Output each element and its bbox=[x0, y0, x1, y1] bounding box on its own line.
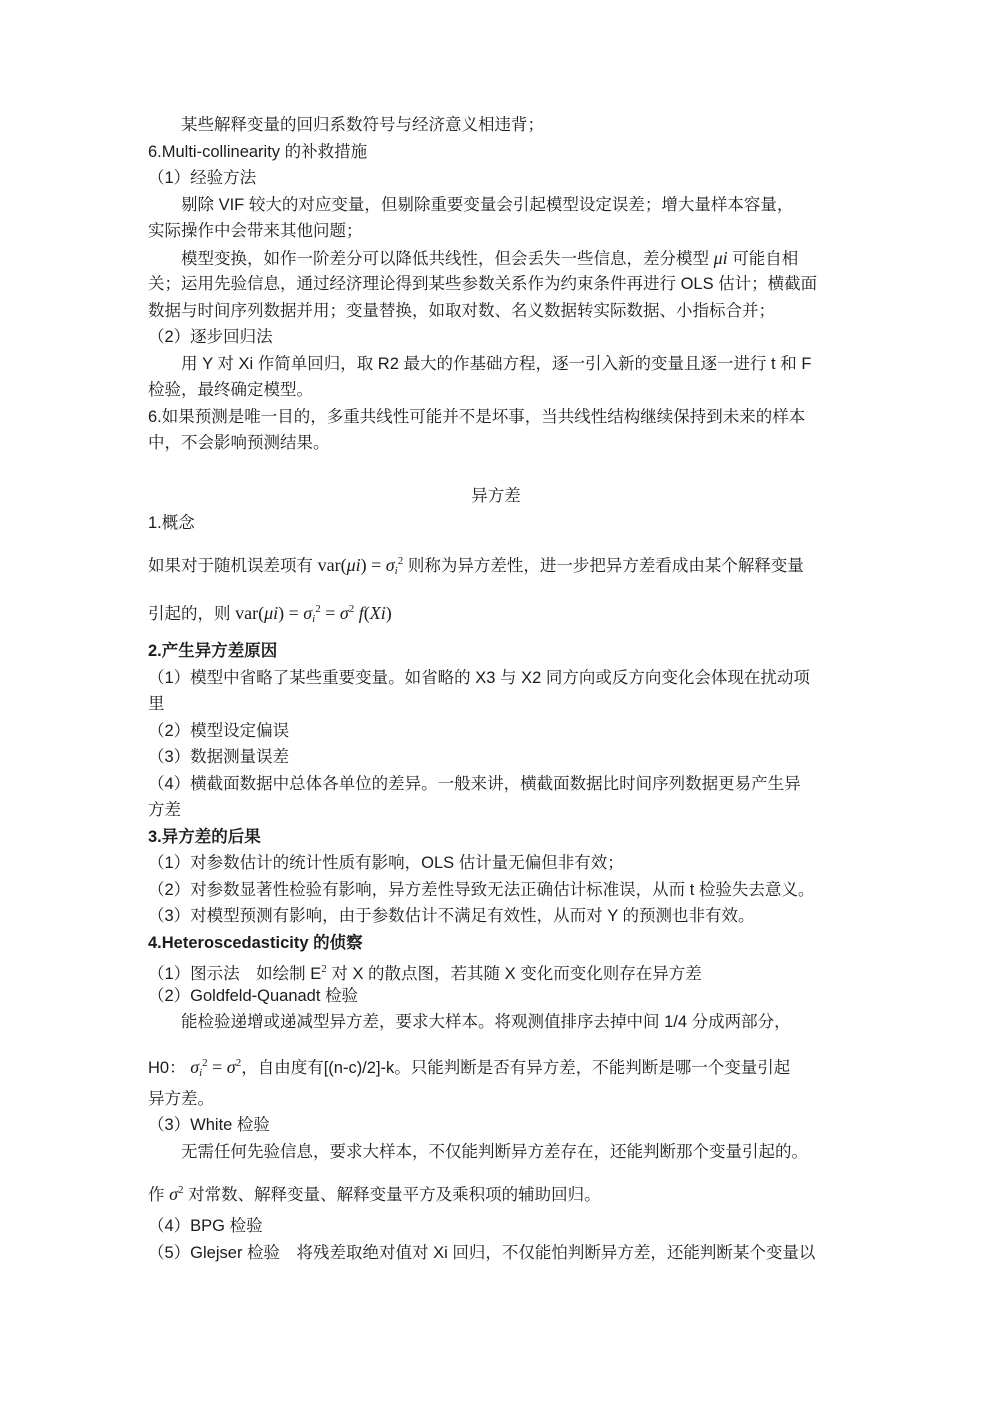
text-line: 4.Heteroscedasticity 的侦察 bbox=[148, 930, 852, 957]
formula-run: σ bbox=[303, 603, 312, 623]
formula-run: ) = bbox=[278, 603, 303, 623]
text-line: 1.概念 bbox=[148, 510, 852, 537]
text-line: 异方差 bbox=[148, 483, 852, 510]
text-line: H0： σi2 = σ2，自由度有[(n-c)/2]-k。只能判断是否有异方差，… bbox=[148, 1046, 852, 1080]
formula-run: = bbox=[321, 603, 340, 623]
text-line: （3）White 检验 bbox=[148, 1112, 852, 1139]
text-run: 6.Multi-collinearity 的补救措施 bbox=[148, 143, 367, 161]
formula-run: σ bbox=[190, 1057, 199, 1077]
formula-run: σ bbox=[169, 1184, 178, 1204]
text-run: 4.Heteroscedasticity 的侦察 bbox=[148, 934, 363, 952]
formula-run: σ bbox=[227, 1057, 236, 1077]
text-line: 剔除 VIF 较大的对应变量，但剔除重要变量会引起模型设定误差；增大量样本容量， bbox=[148, 192, 852, 219]
text-line: （3）对模型预测有影响，由于参数估计不满足有效性，从而对 Y 的预测也非有效。 bbox=[148, 903, 852, 930]
text-run: 对 X 的散点图，若其随 X 变化而变化则存在异方差 bbox=[327, 965, 702, 983]
text-line: 数据与时间序列数据并用；变量替换，如取对数、名义数据转实际数据、小指标合并； bbox=[148, 298, 852, 325]
text-line: 能检验递增或递减型异方差，要求大样本。将观测值排序去掉中间 1/4 分成两部分， bbox=[148, 1009, 852, 1036]
text-run: 3.异方差的后果 bbox=[148, 828, 261, 846]
text-run: 模型变换，如作一阶差分可以降低共线性，但会丢失一些信息，差分模型 bbox=[181, 250, 714, 268]
text-line: （1）经验方法 bbox=[148, 165, 852, 192]
text-run: （5）Glejser 检验 将残差取绝对值对 Xi 回归，不仅能怕判断异方差，还… bbox=[148, 1244, 815, 1262]
text-run: 无需任何先验信息，要求大样本，不仅能判断异方差存在，还能判断那个变量引起的。 bbox=[181, 1143, 808, 1161]
text-run: （2）Goldfeld-Quanadt 检验 bbox=[148, 987, 358, 1005]
text-run: 引起的，则 bbox=[148, 605, 235, 623]
text-line: （2）对参数显著性检验有影响，异方差性导致无法正确估计标准误，从而 t 检验失去… bbox=[148, 877, 852, 904]
formula-run: = bbox=[367, 555, 386, 575]
text-run: 如果对于随机误差项有 bbox=[148, 557, 318, 575]
text-run: （2）模型设定偏误 bbox=[148, 722, 289, 740]
text-run: （2）逐步回归法 bbox=[148, 328, 273, 346]
text-line: 无需任何先验信息，要求大样本，不仅能判断异方差存在，还能判断那个变量引起的。 bbox=[148, 1139, 852, 1166]
text-line: （1）模型中省略了某些重要变量。如省略的 X3 与 X2 同方向或反方向变化会体… bbox=[148, 665, 852, 692]
text-line: 引起的，则 var(μi) = σi2 = σ2 f(Xi) bbox=[148, 592, 852, 626]
text-run: 对常数、解释变量、解释变量平方及乘积项的辅助回归。 bbox=[183, 1186, 600, 1204]
document-page: 某些解释变量的回归系数符号与经济意义相违背；6.Multi-collineari… bbox=[0, 0, 992, 1403]
formula-run: σ bbox=[386, 555, 395, 575]
text-line: 某些解释变量的回归系数符号与经济意义相违背； bbox=[148, 112, 852, 139]
text-line: （2）模型设定偏误 bbox=[148, 718, 852, 745]
text-line: 关；运用先验信息，通过经济理论得到某些参数关系作为约束条件再进行 OLS 估计；… bbox=[148, 271, 852, 298]
blank-line bbox=[148, 457, 852, 484]
text-line: 模型变换，如作一阶差分可以降低共线性，但会丢失一些信息，差分模型 μi 可能自相 bbox=[148, 245, 852, 272]
text-run: 2.产生异方差原因 bbox=[148, 642, 277, 660]
document-body: 某些解释变量的回归系数符号与经济意义相违背；6.Multi-collineari… bbox=[0, 0, 992, 1266]
text-line: （2）逐步回归法 bbox=[148, 324, 852, 351]
text-line: 6.如果预测是唯一目的，多重共线性可能并不是坏事，当共线性结构继续保持到未来的样… bbox=[148, 404, 852, 431]
text-line: （4）BPG 检验 bbox=[148, 1213, 852, 1240]
text-run: 数据与时间序列数据并用；变量替换，如取对数、名义数据转实际数据、小指标合并； bbox=[148, 302, 775, 320]
text-run: 则称为异方差性，进一步把异方差看成由某个解释变量 bbox=[403, 557, 804, 575]
text-run: 实际操作中会带来其他问题； bbox=[148, 222, 363, 240]
formula-run: f bbox=[354, 603, 364, 623]
text-line: （3）数据测量误差 bbox=[148, 744, 852, 771]
text-line: （1）图示法 如绘制 E2 对 X 的散点图，若其随 X 变化而变化则存在异方差 bbox=[148, 956, 852, 983]
text-run: 关；运用先验信息，通过经济理论得到某些参数关系作为约束条件再进行 OLS 估计；… bbox=[148, 275, 817, 293]
text-run: （3）White 检验 bbox=[148, 1116, 270, 1134]
text-run: 作 bbox=[148, 1186, 169, 1204]
text-run: 6.如果预测是唯一目的，多重共线性可能并不是坏事，当共线性结构继续保持到未来的样… bbox=[148, 408, 805, 426]
text-run: 某些解释变量的回归系数符号与经济意义相违背； bbox=[181, 116, 544, 134]
formula-run: Xi bbox=[370, 603, 386, 623]
text-run: （1）图示法 如绘制 E bbox=[148, 965, 321, 983]
text-run: （4）BPG 检验 bbox=[148, 1217, 263, 1235]
text-line: （2）Goldfeld-Quanadt 检验 bbox=[148, 983, 852, 1010]
text-run: 用 Y 对 Xi 作简单回归，取 R2 最大的作基础方程，逐一引入新的变量且逐一… bbox=[181, 355, 811, 373]
text-run: 方差 bbox=[148, 801, 181, 819]
text-run: 能检验递增或递减型异方差，要求大样本。将观测值排序去掉中间 1/4 分成两部分， bbox=[181, 1013, 791, 1031]
text-line: 作 σ2 对常数、解释变量、解释变量平方及乘积项的辅助回归。 bbox=[148, 1173, 852, 1207]
text-line: （5）Glejser 检验 将残差取绝对值对 Xi 回归，不仅能怕判断异方差，还… bbox=[148, 1240, 852, 1267]
formula-run: var( bbox=[235, 603, 264, 623]
text-line: 异方差。 bbox=[148, 1086, 852, 1113]
text-line: 用 Y 对 Xi 作简单回归，取 R2 最大的作基础方程，逐一引入新的变量且逐一… bbox=[148, 351, 852, 378]
text-line: 方差 bbox=[148, 797, 852, 824]
formula-run: ) bbox=[386, 603, 392, 623]
text-line: （4）横截面数据中总体各单位的差异。一般来讲，横截面数据比时间序列数据更易产生异 bbox=[148, 771, 852, 798]
text-run: （1）模型中省略了某些重要变量。如省略的 X3 与 X2 同方向或反方向变化会体… bbox=[148, 669, 810, 687]
formula-run: μi bbox=[347, 555, 361, 575]
text-run: 中，不会影响预测结果。 bbox=[148, 434, 330, 452]
text-line: 实际操作中会带来其他问题； bbox=[148, 218, 852, 245]
text-line: 如果对于随机误差项有 var(μi) = σi2 则称为异方差性，进一步把异方差… bbox=[148, 544, 852, 578]
text-run: 异方差。 bbox=[148, 1090, 214, 1108]
text-run: （3）数据测量误差 bbox=[148, 748, 289, 766]
text-line: 里 bbox=[148, 691, 852, 718]
text-run: 异方差 bbox=[471, 487, 521, 505]
text-line: （1）对参数估计的统计性质有影响，OLS 估计量无偏但非有效； bbox=[148, 850, 852, 877]
text-run: 里 bbox=[148, 695, 165, 713]
text-run: （3）对模型预测有影响，由于参数估计不满足有效性，从而对 Y 的预测也非有效。 bbox=[148, 907, 755, 925]
text-run: （4）横截面数据中总体各单位的差异。一般来讲，横截面数据比时间序列数据更易产生异 bbox=[148, 775, 801, 793]
text-run: H0： bbox=[148, 1059, 190, 1077]
text-run: （1）对参数估计的统计性质有影响，OLS 估计量无偏但非有效； bbox=[148, 854, 624, 872]
formula-run: μi bbox=[264, 603, 278, 623]
text-run: 检验，最终确定模型。 bbox=[148, 381, 313, 399]
text-run: （2）对参数显著性检验有影响，异方差性导致无法正确估计标准误，从而 t 检验失去… bbox=[148, 881, 814, 899]
formula-run: = bbox=[208, 1057, 227, 1077]
text-run: ，自由度有[(n-c)/2]-k。只能判断是否有异方差，不能判断是哪一个变量引起 bbox=[241, 1059, 790, 1077]
text-run: 1.概念 bbox=[148, 514, 195, 532]
text-run: 可能自相 bbox=[728, 250, 799, 268]
text-line: 2.产生异方差原因 bbox=[148, 638, 852, 665]
text-run: 剔除 VIF 较大的对应变量，但剔除重要变量会引起模型设定误差；增大量样本容量， bbox=[181, 196, 793, 214]
text-line: 6.Multi-collinearity 的补救措施 bbox=[148, 139, 852, 166]
formula-run: var( bbox=[318, 555, 347, 575]
formula-run: σ bbox=[340, 603, 349, 623]
text-line: 3.异方差的后果 bbox=[148, 824, 852, 851]
text-line: 检验，最终确定模型。 bbox=[148, 377, 852, 404]
formula-run: μi bbox=[714, 248, 728, 268]
text-line: 中，不会影响预测结果。 bbox=[148, 430, 852, 457]
text-run: （1）经验方法 bbox=[148, 169, 256, 187]
